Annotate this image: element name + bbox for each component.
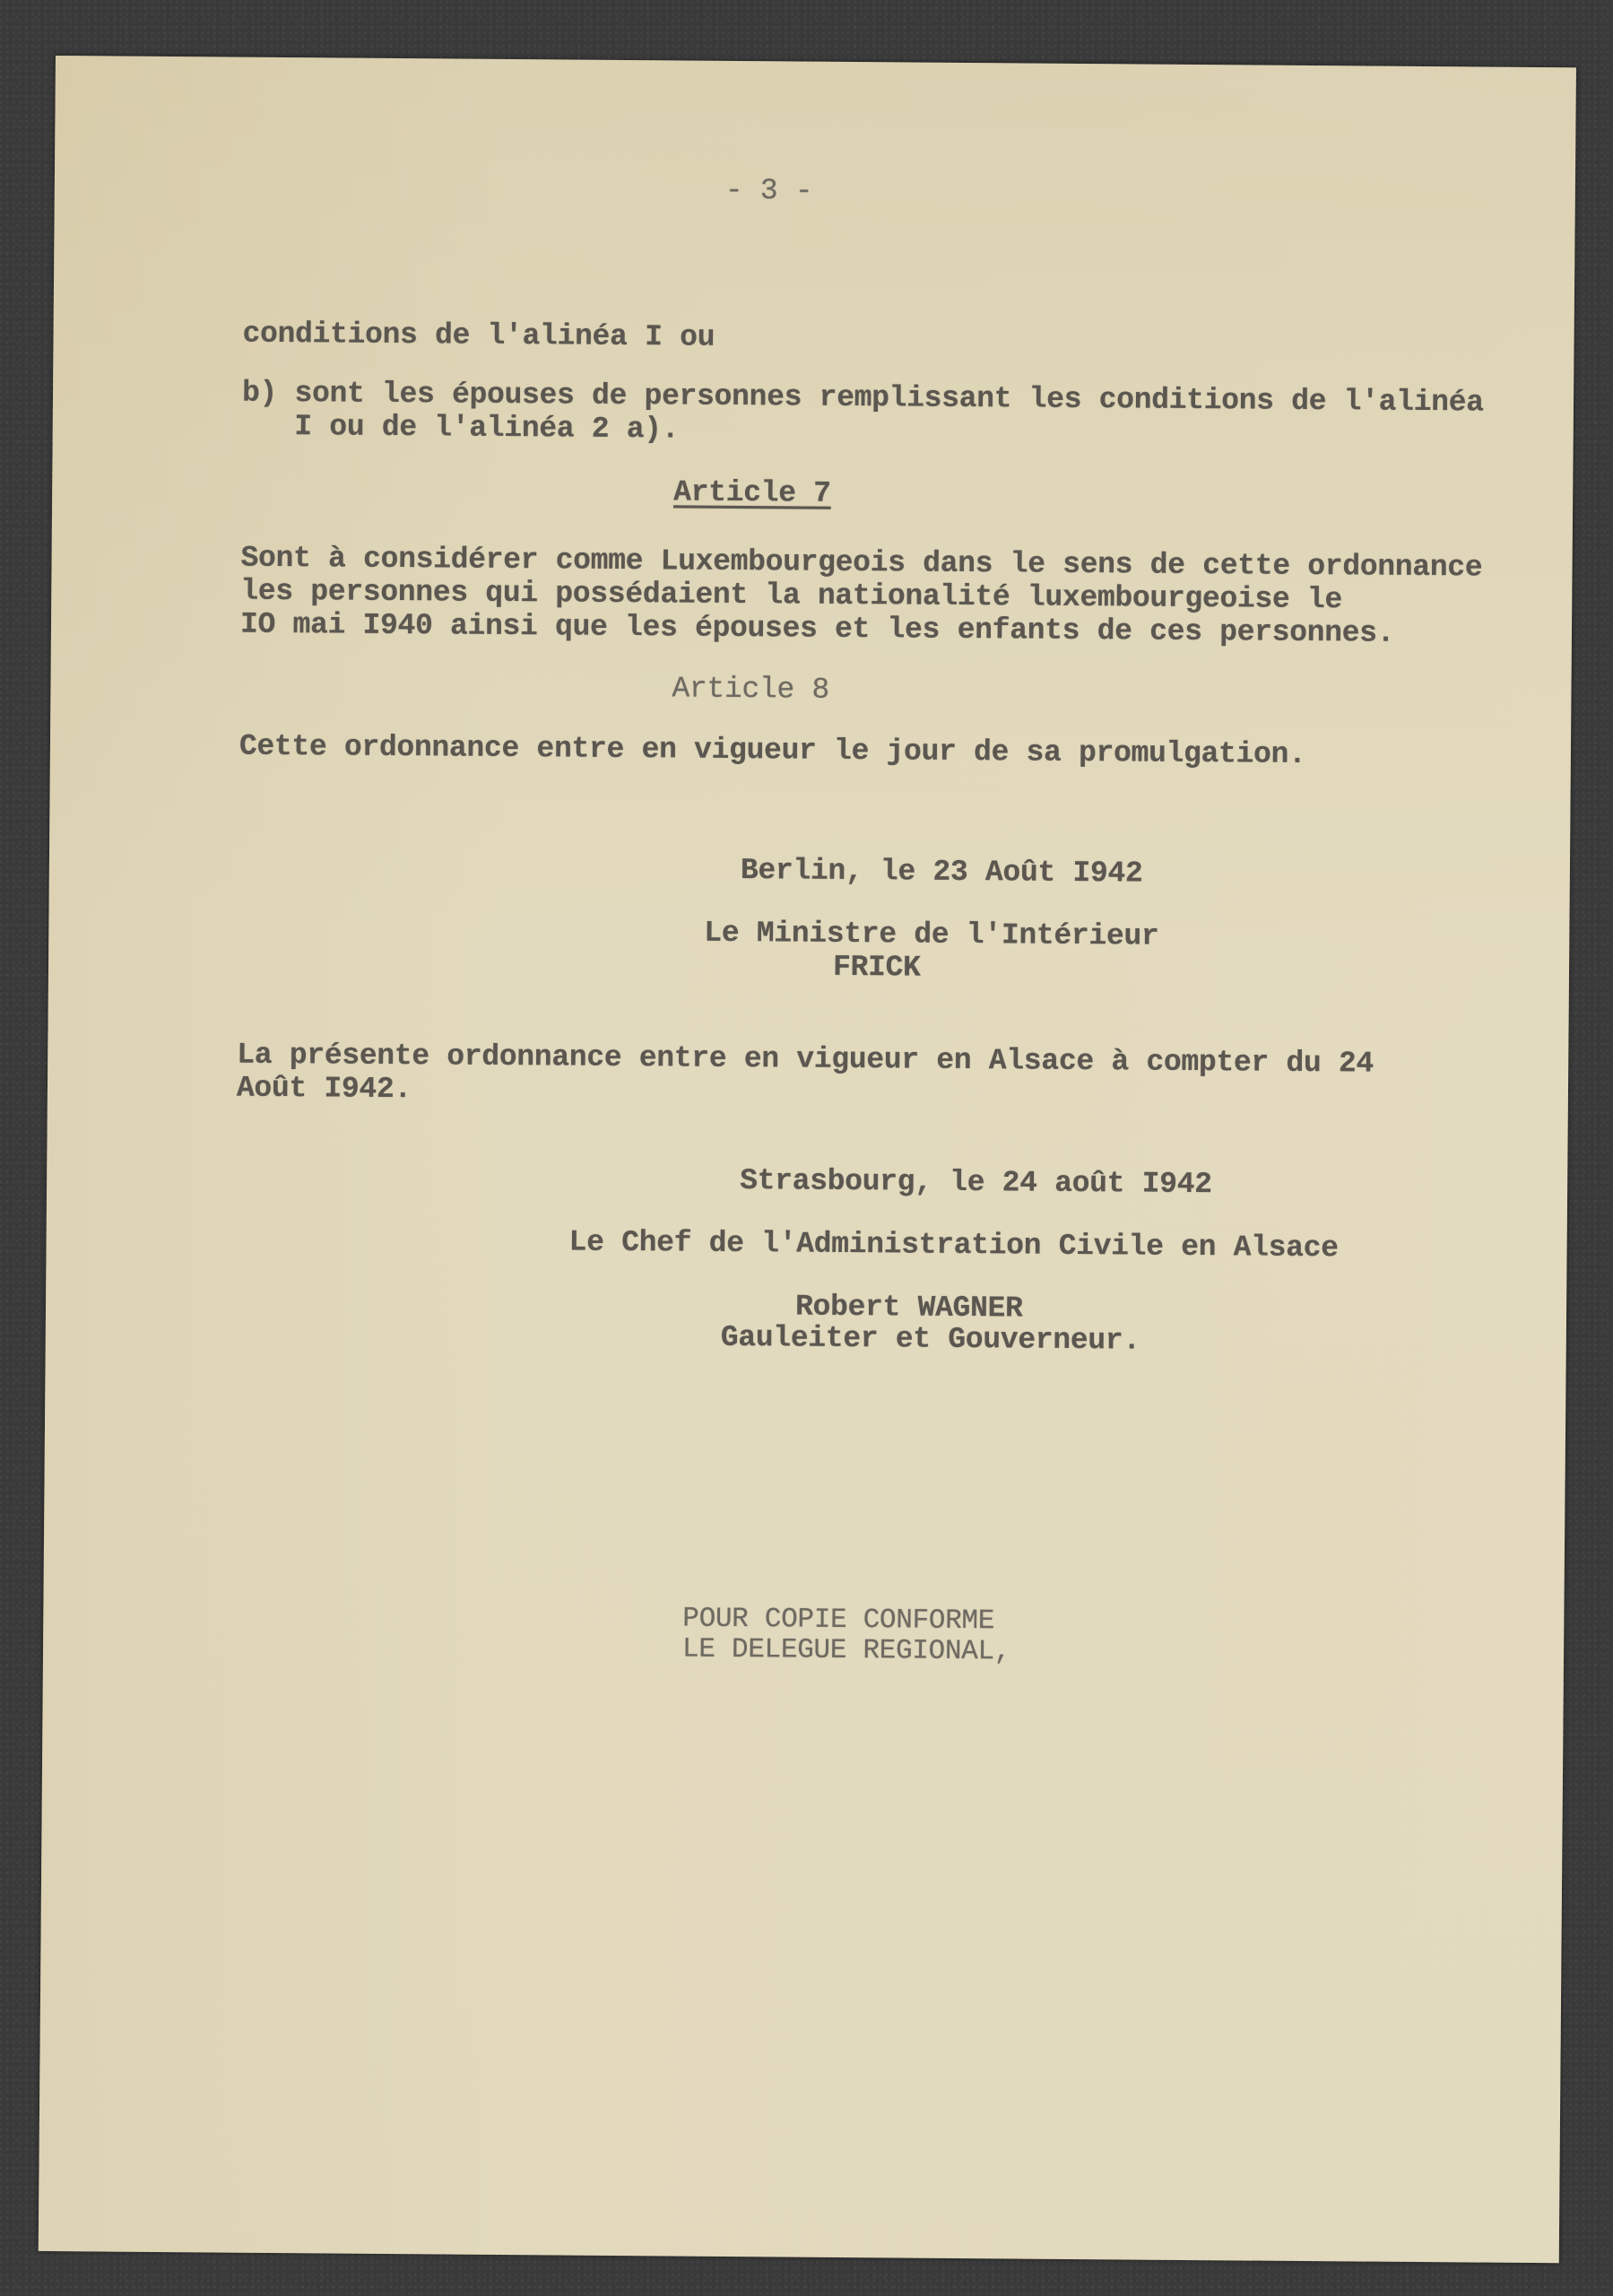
article-8-text: Cette ordonnance entre en vigueur le jou… (239, 730, 1306, 771)
strasbourg-signatory-role: Gauleiter et Gouverneur. (721, 1321, 1140, 1358)
berlin-signatory-name: FRICK (833, 951, 921, 985)
berlin-place-date: Berlin, le 23 Août I942 (741, 854, 1143, 891)
berlin-signatory-title: Le Ministre de l'Intérieur (704, 917, 1158, 953)
strasbourg-place-date: Strasbourg, le 24 août I942 (740, 1164, 1212, 1201)
item-b-line-2: I ou de l'alinéa 2 a). (242, 410, 680, 447)
strasbourg-signatory-name: Robert WAGNER (795, 1291, 1023, 1326)
certification-line-2: LE DELEGUE REGIONAL, (682, 1634, 1010, 1668)
alsace-enactment-line-2: Août I942. (237, 1072, 412, 1107)
certification-line-1: POUR COPIE CONFORME (682, 1604, 994, 1638)
document-page: - 3 - conditions de l'alinéa I ou b) son… (39, 56, 1576, 2263)
continuation-line: conditions de l'alinéa I ou (242, 317, 715, 354)
page-number: - 3 - (725, 174, 813, 208)
strasbourg-signatory-title: Le Chef de l'Administration Civile en Al… (568, 1226, 1338, 1265)
article-7-heading: Article 7 (673, 475, 831, 509)
article-8-heading: Article 8 (672, 672, 829, 706)
